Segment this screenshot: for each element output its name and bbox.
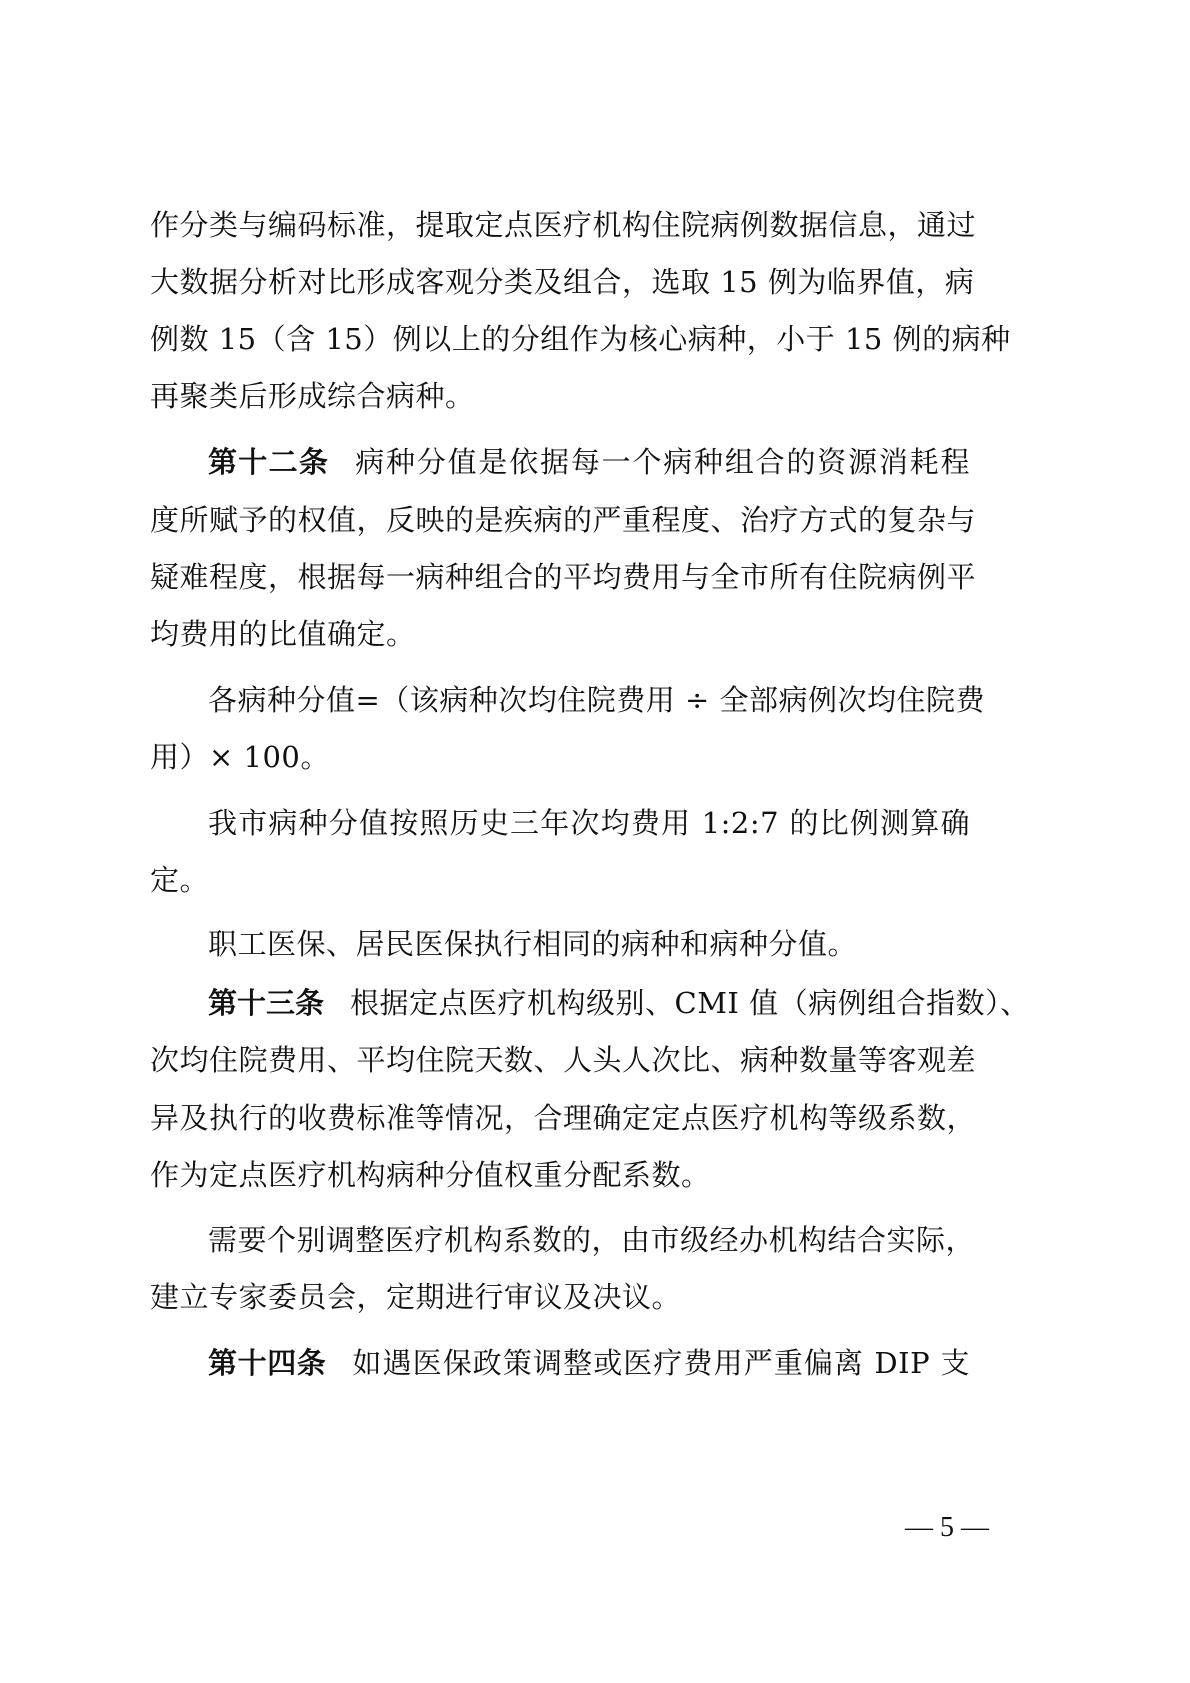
article-14-first-line: 第十四条如遇医保政策调整或医疗费用严重偏离 DIP 支 [208,1343,970,1383]
paragraph-line: 需要个别调整医疗机构系数的，由市级经办机构结合实际， [208,1220,970,1260]
article-text: 病种分值是依据每一个病种组合的资源消耗程 [355,445,970,479]
formula-line: 各病种分值=（该病种次均住院费用 ÷ 全部病例次均住院费 [208,680,970,720]
paragraph-line: 职工医保、居民医保执行相同的病种和病种分值。 [208,924,970,964]
paragraph-line: 建立专家委员会，定期进行审议及决议。 [150,1277,970,1317]
article-13-first-line: 第十三条根据定点医疗机构级别、CMI 值（病例组合指数）、 [208,983,970,1023]
paragraph-line: 异及执行的收费标准等情况，合理确定定点医疗机构等级系数， [150,1098,970,1138]
article-label: 第十三条 [208,986,324,1020]
paragraph-line: 作为定点医疗机构病种分值权重分配系数。 [150,1155,970,1195]
article-label: 第十四条 [208,1346,326,1380]
paragraph-line: 再聚类后形成综合病种。 [150,376,970,416]
paragraph-line: 均费用的比值确定。 [150,614,970,654]
formula-line: 用）× 100。 [150,737,970,777]
page-number: — 5 — [905,1512,989,1544]
article-label: 第十二条 [208,445,329,479]
paragraph-line: 大数据分析对比形成客观分类及组合，选取 15 例为临界值，病 [150,262,970,302]
paragraph-line: 我市病种分值按照历史三年次均费用 1:2:7 的比例测算确 [208,803,970,843]
article-12-first-line: 第十二条病种分值是依据每一个病种组合的资源消耗程 [208,442,970,482]
document-page: 作分类与编码标准，提取定点医疗机构住院病例数据信息，通过 大数据分析对比形成客观… [0,0,1190,1683]
paragraph-line: 作分类与编码标准，提取定点医疗机构住院病例数据信息，通过 [150,205,970,245]
paragraph-line: 疑难程度，根据每一病种组合的平均费用与全市所有住院病例平 [150,557,970,597]
paragraph-line: 次均住院费用、平均住院天数、人头人次比、病种数量等客观差 [150,1040,970,1080]
article-text: 根据定点医疗机构级别、CMI 值（病例组合指数）、 [350,986,1030,1020]
paragraph-line: 度所赋予的权值，反映的是疾病的严重程度、治疗方式的复杂与 [150,500,970,540]
article-text: 如遇医保政策调整或医疗费用严重偏离 DIP 支 [352,1346,970,1380]
paragraph-line: 例数 15（含 15）例以上的分组作为核心病种，小于 15 例的病种 [150,319,970,359]
paragraph-line: 定。 [150,860,970,900]
